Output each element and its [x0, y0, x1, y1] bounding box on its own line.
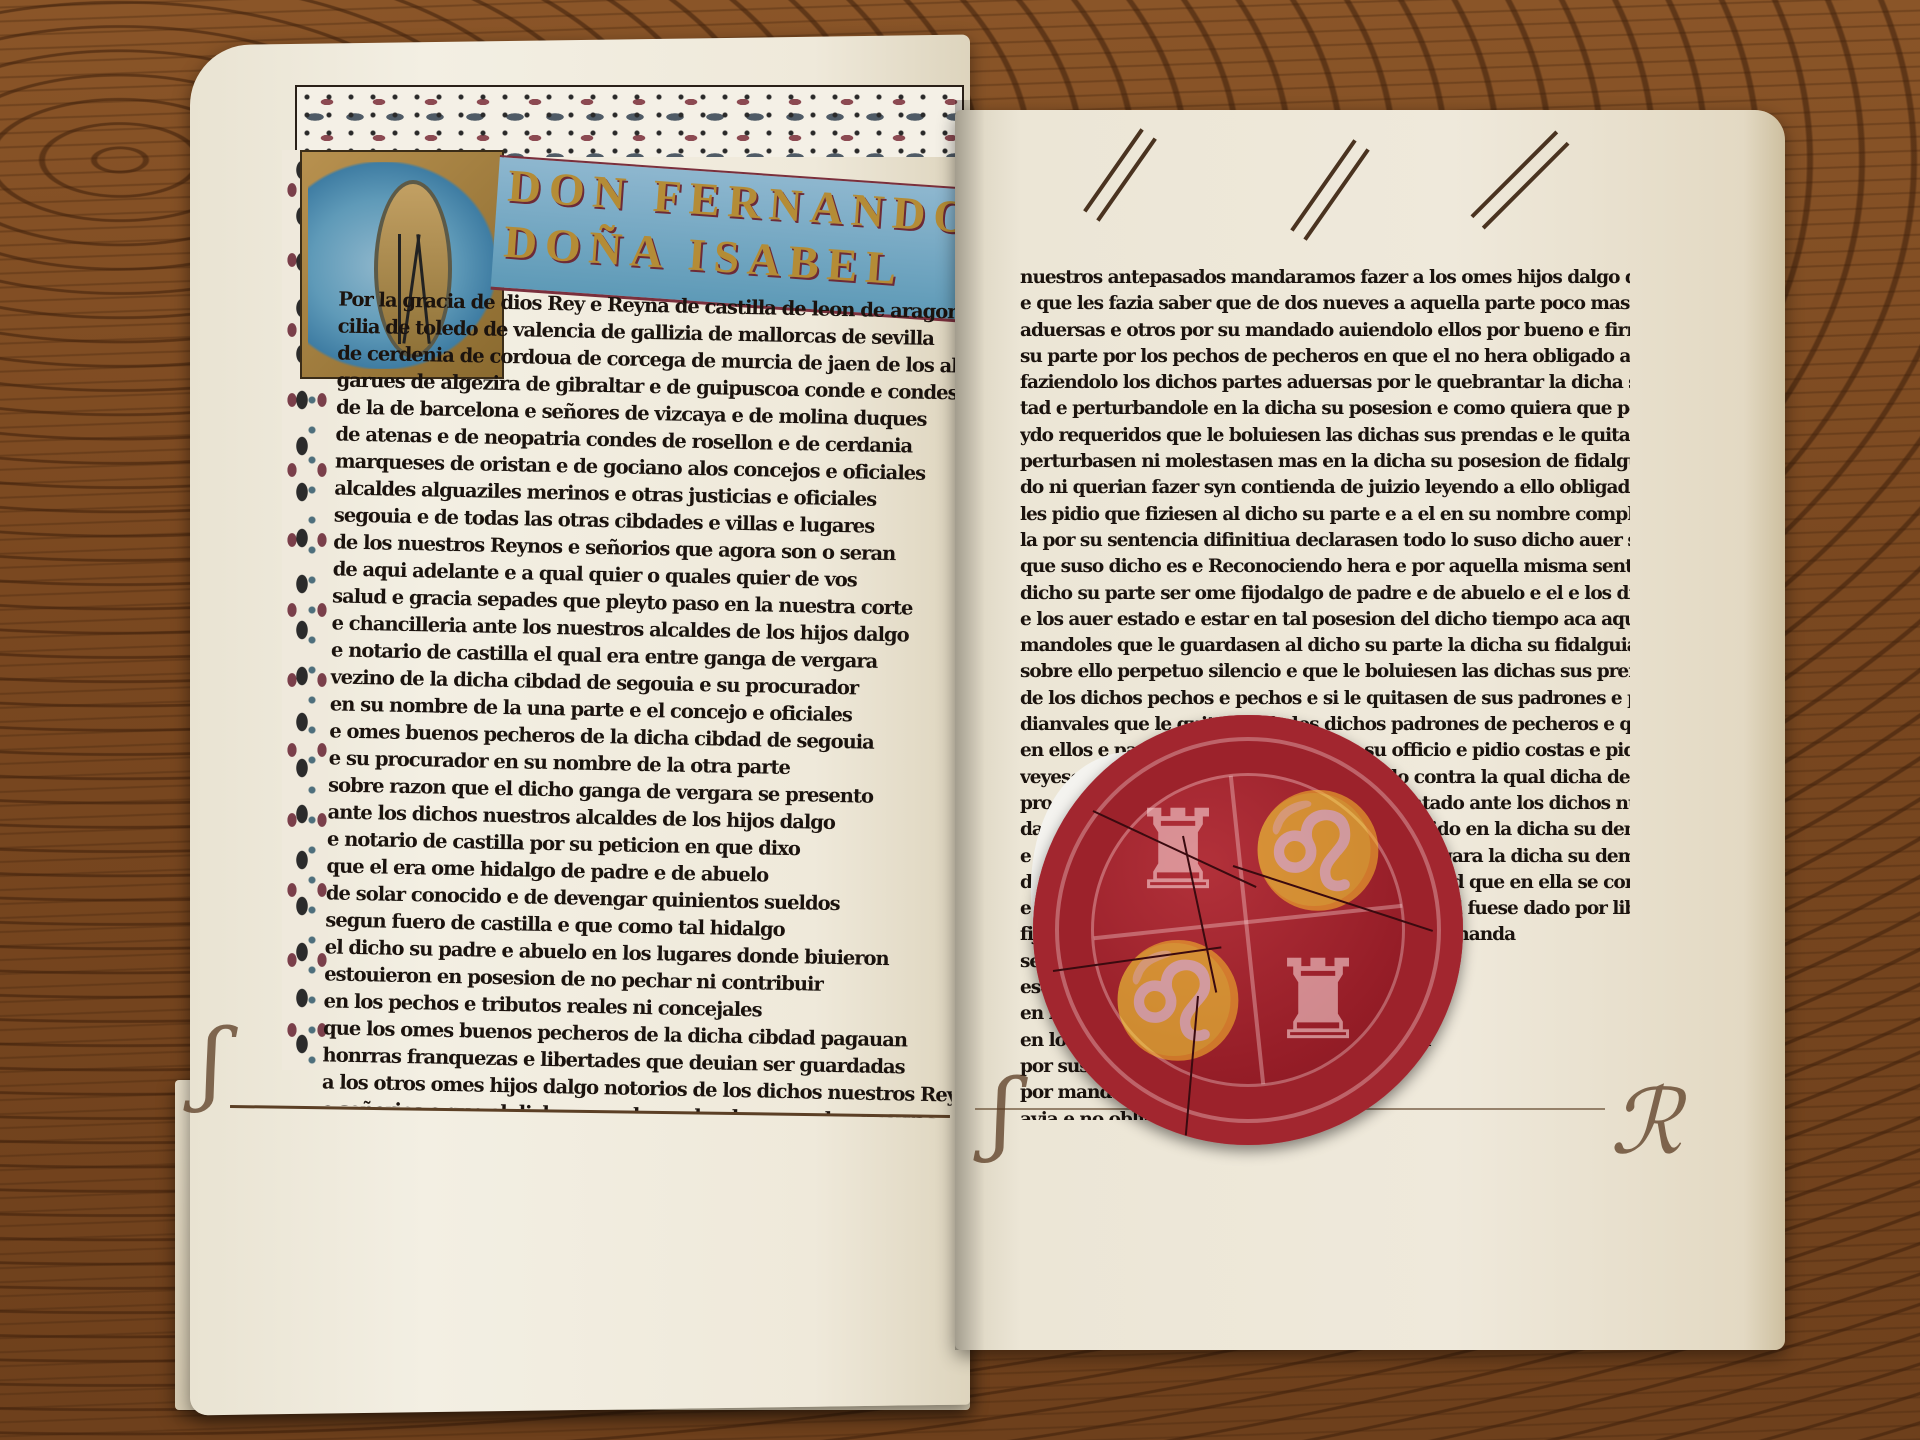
- red-wax-seal: ♜ ♌ ♌ ♜ + FERDINANDVS ET ELISABETH DEI G…: [1033, 715, 1463, 1145]
- lion-icon: ♌: [1103, 925, 1253, 1075]
- text-line: de los dichos pechos e pechos e si le qu…: [1020, 686, 1630, 712]
- text-line: e que les fazia saber que de dos nueves …: [1020, 291, 1630, 317]
- text-line: les pidio que fiziesen al dicho su parte…: [1020, 502, 1630, 528]
- text-line: nuestros antepasados mandaramos fazer a …: [1020, 265, 1630, 291]
- text-line: aduersas e otros por su mandado auiendol…: [1020, 318, 1630, 344]
- text-line: do ni querian fazer syn contienda de jui…: [1020, 475, 1630, 501]
- left-page-text: Por la gracia de dios Rey e Reyna de cas…: [321, 285, 968, 1118]
- lion-icon: ♌: [1243, 775, 1393, 925]
- center-signature-flourish: ʃ: [990, 1060, 1014, 1165]
- text-line: e los auer estado e estar en tal posesio…: [1020, 607, 1630, 633]
- left-signature-flourish: ʃ: [200, 1010, 224, 1115]
- floral-top-border: [295, 85, 964, 157]
- text-line: mandoles que le guardasen al dicho su pa…: [1020, 633, 1630, 659]
- right-signature-flourish: ℛ: [1610, 1070, 1682, 1175]
- text-line: dicho su parte ser ome fijodalgo de padr…: [1020, 581, 1630, 607]
- text-line: que suso dicho es e Reconociendo hera e …: [1020, 554, 1630, 580]
- text-line: sobre ello perpetuo silencio e que le bo…: [1020, 659, 1630, 685]
- text-line: su parte por los pechos de pecheros en q…: [1020, 344, 1630, 370]
- text-line: tad e perturbandole en la dicha su poses…: [1020, 396, 1630, 422]
- text-line: faziendolo los dichos partes aduersas po…: [1020, 370, 1630, 396]
- castle-icon: ♜: [1243, 925, 1393, 1075]
- text-line: perturbasen ni molestasen mas en la dich…: [1020, 449, 1630, 475]
- book-gutter-shadow: [955, 100, 985, 1350]
- text-line: la por su sentencia difinitiua declarase…: [1020, 528, 1630, 554]
- text-line: ydo requeridos que le boluiesen las dich…: [1020, 423, 1630, 449]
